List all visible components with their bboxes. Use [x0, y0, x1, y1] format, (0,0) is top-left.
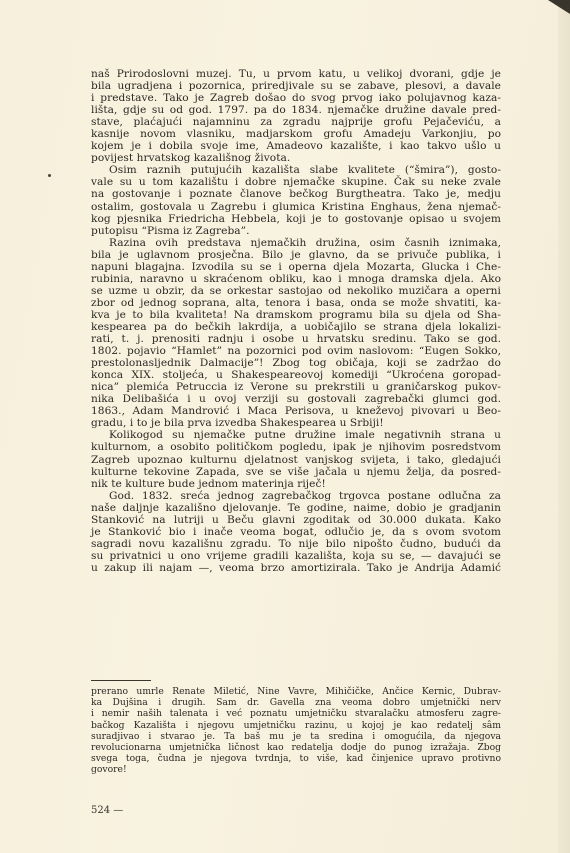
page-edge-shadow [558, 0, 570, 853]
footnote-line: bačkog Kazališta i njegovu umjetničku ra… [91, 720, 501, 731]
text-line: nik te kulture bude jednom materinja rij… [91, 478, 501, 490]
text-line: je Stanković bio i inače veoma bogat, od… [91, 526, 501, 538]
text-line: napuni blagajna. Izvodila su se i operna… [91, 261, 501, 273]
paragraph-1: naš Prirodoslovni muzej. Tu, u prvom kat… [91, 68, 501, 164]
text-line: putopisu “Pisma iz Zagreba”. [91, 225, 501, 237]
scanned-page: naš Prirodoslovni muzej. Tu, u prvom kat… [0, 0, 570, 853]
text-line: kespearea pa do bečkih lakrdija, a uobič… [91, 321, 501, 333]
text-line: naše daljnje kazališno djelovanje. Te go… [91, 502, 501, 514]
text-line: God. 1832. sreća jednog zagrebačkog trgo… [91, 490, 501, 502]
footnote: prerano umrle Renate Miletić, Nine Vavre… [91, 686, 501, 776]
text-line: Razina ovih predstava njemačkih družina,… [91, 237, 501, 249]
text-line: naš Prirodoslovni muzej. Tu, u prvom kat… [91, 68, 501, 80]
text-line: Kolikogod su njemačke putne družine imal… [91, 429, 501, 441]
text-line: konca XIX. stoljeća, u Shakespeareovoj k… [91, 369, 501, 381]
text-line: lišta, gdje su od god. 1797. pa do 1834.… [91, 104, 501, 116]
footnote-line: i nemir naših talenata i već poznatu umj… [91, 708, 501, 719]
text-line: bila je uglavnom prosječna. Bilo je glav… [91, 249, 501, 261]
text-line: Zagreb upoznao kulturnu djelatnost vanjs… [91, 454, 501, 466]
text-line: kulturnom, a osobito političkom pogledu,… [91, 441, 501, 453]
text-line: 1802. pojavio “Hamlet” na pozornici pod … [91, 345, 501, 357]
text-line: bila ugradjena i pozornica, priredjivale… [91, 80, 501, 92]
text-line: nika Delibašića i u ovoj verziji su gost… [91, 393, 501, 405]
text-line: Osim raznih putujućih kazališta slabe kv… [91, 164, 501, 176]
paragraph-5: God. 1832. sreća jednog zagrebačkog trgo… [91, 490, 501, 574]
text-line: vale su u tom kazalištu i dobre njemačke… [91, 176, 501, 188]
text-line: povijest hrvatskog kazališnog života. [91, 152, 501, 164]
paragraph-4: Kolikogod su njemačke putne družine imal… [91, 429, 501, 489]
footnote-line: svega toga, čudna je njegova tvrdnja, to… [91, 753, 501, 764]
text-line: kva je to bila kvaliteta! Na dramskom pr… [91, 309, 501, 321]
text-line: kojem je i dobila svoje ime, Amadeovo ka… [91, 140, 501, 152]
text-line: na gostovanje i poznate članove bečkog B… [91, 188, 501, 200]
text-line: u zakup ili najam —, veoma brzo amortizi… [91, 562, 501, 574]
text-line: rubinia, naravno u skraćenom obliku, kao… [91, 273, 501, 285]
margin-mark [48, 174, 51, 177]
footnote-line: ka Dujšina i drugih. Sam dr. Gavella zna… [91, 697, 501, 708]
text-line: gradu, i to je bila prva izvedba Shakesp… [91, 417, 501, 429]
footnote-separator [91, 680, 151, 681]
text-line: kulturne tekovine Zapada, sve se više ja… [91, 466, 501, 478]
text-line: ostalim, gostovala u Zagrebu i glumica K… [91, 201, 501, 213]
text-line: stave, plaćajući najamninu za zgradu naj… [91, 116, 501, 128]
paragraph-2: Osim raznih putujućih kazališta slabe kv… [91, 164, 501, 236]
page-number: 524 — [91, 805, 123, 816]
text-line: nica” plemića Petruccia iz Verone su pre… [91, 381, 501, 393]
footnote-line: revolucionarna umjetnička ličnost kao re… [91, 742, 501, 753]
text-line: se uzme u obzir, da se orkestar sastojao… [91, 285, 501, 297]
text-line: rati, t. j. prenositi radnju i osobe u h… [91, 333, 501, 345]
footnote-line: prerano umrle Renate Miletić, Nine Vavre… [91, 686, 501, 697]
text-line: Stanković na lutriji u Beču glavni zgodi… [91, 514, 501, 526]
text-line: 1863., Adam Mandrović i Maca Perisova, u… [91, 405, 501, 417]
footnote-line: govore! [91, 764, 501, 775]
text-line: i predstave. Tako je Zagreb došao do svo… [91, 92, 501, 104]
text-line: zbor od jednog soprana, alta, tenora i b… [91, 297, 501, 309]
paragraph-3: Razina ovih predstava njemačkih družina,… [91, 237, 501, 430]
page-corner-shadow [548, 0, 570, 14]
text-line: kasnije novom vlasniku, madjarskom grofu… [91, 128, 501, 140]
text-line: su privatnici u ono vrijeme gradili kaza… [91, 550, 501, 562]
footnote-line: suradjivao i stvarao je. Ta baš mu je ta… [91, 731, 501, 742]
text-line: kog pjesnika Friedricha Hebbela, koji je… [91, 213, 501, 225]
body-text: naš Prirodoslovni muzej. Tu, u prvom kat… [91, 68, 501, 574]
text-line: prestolonasljednik Dalmacije”! Zbog tog … [91, 357, 501, 369]
text-line: sagradi novu kazališnu zgradu. To nije b… [91, 538, 501, 550]
